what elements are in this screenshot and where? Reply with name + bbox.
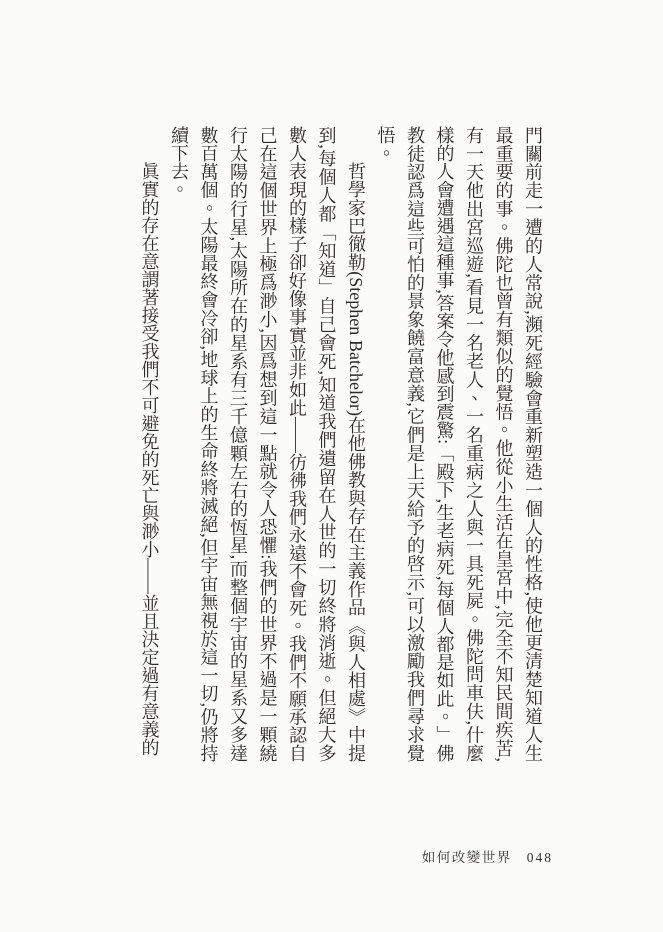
footer-page-number: 048: [527, 850, 553, 865]
paragraph: 哲學家巴徹勒(Stephen Batchelor)在他佛教與存在主義作品《與人相…: [164, 126, 371, 762]
paragraph-continuation: 門關前走一遭的人常說,瀕死經驗會重新塑造一個人的性格,使他更清楚知道人生最重要的…: [370, 126, 547, 762]
book-page: 門關前走一遭的人常說,瀕死經驗會重新塑造一個人的性格,使他更清楚知道人生最重要的…: [0, 0, 663, 932]
body-text: 門關前走一遭的人常說,瀕死經驗會重新塑造一個人的性格,使他更清楚知道人生最重要的…: [134, 126, 547, 762]
paragraph: 眞實的存在意謂著接受我們不可避免的死亡與渺小——並且決定過有意義的: [134, 126, 164, 762]
page-footer: 如何改變世界048: [422, 846, 553, 866]
footer-book-title: 如何改變世界: [422, 850, 512, 865]
